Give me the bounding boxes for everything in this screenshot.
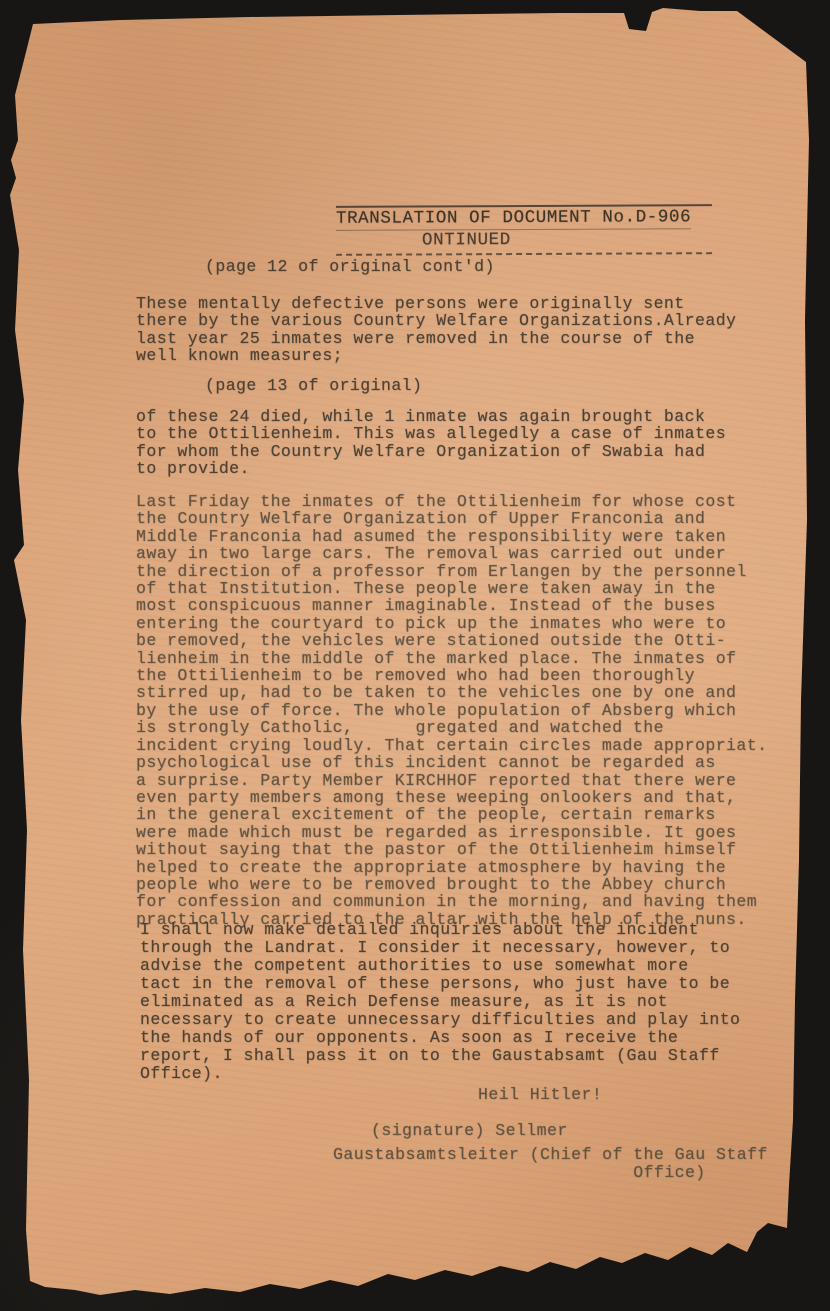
signoff-title: Gaustabsamtsleiter (Chief of the Gau Sta… xyxy=(333,1146,768,1182)
page13-note: (page 13 of original) xyxy=(205,377,422,394)
paragraph-2: of these 24 died, while 1 inmate was aga… xyxy=(136,408,726,478)
document-page: TRANSLATION OF DOCUMENT No.D-906 ONTINUE… xyxy=(0,0,830,1311)
closing-salute: Heil Hitler! xyxy=(478,1086,602,1103)
document-header-stamp: TRANSLATION OF DOCUMENT No.D-906 ONTINUE… xyxy=(336,204,712,256)
stamp-continued: ONTINUED xyxy=(336,230,712,251)
paragraph-1: These mentally defective persons were or… xyxy=(136,295,736,365)
signature-line: (signature) Sellmer xyxy=(371,1122,568,1139)
paragraph-4: I shall now make detailed inquiries abou… xyxy=(140,921,740,1083)
page12-note: (page 12 of original cont'd) xyxy=(205,258,495,275)
scanner-background: TRANSLATION OF DOCUMENT No.D-906 ONTINUE… xyxy=(0,0,830,1311)
stamp-title: TRANSLATION OF DOCUMENT No.D-906 xyxy=(336,208,691,231)
paragraph-3: Last Friday the inmates of the Ottilienh… xyxy=(136,493,767,928)
